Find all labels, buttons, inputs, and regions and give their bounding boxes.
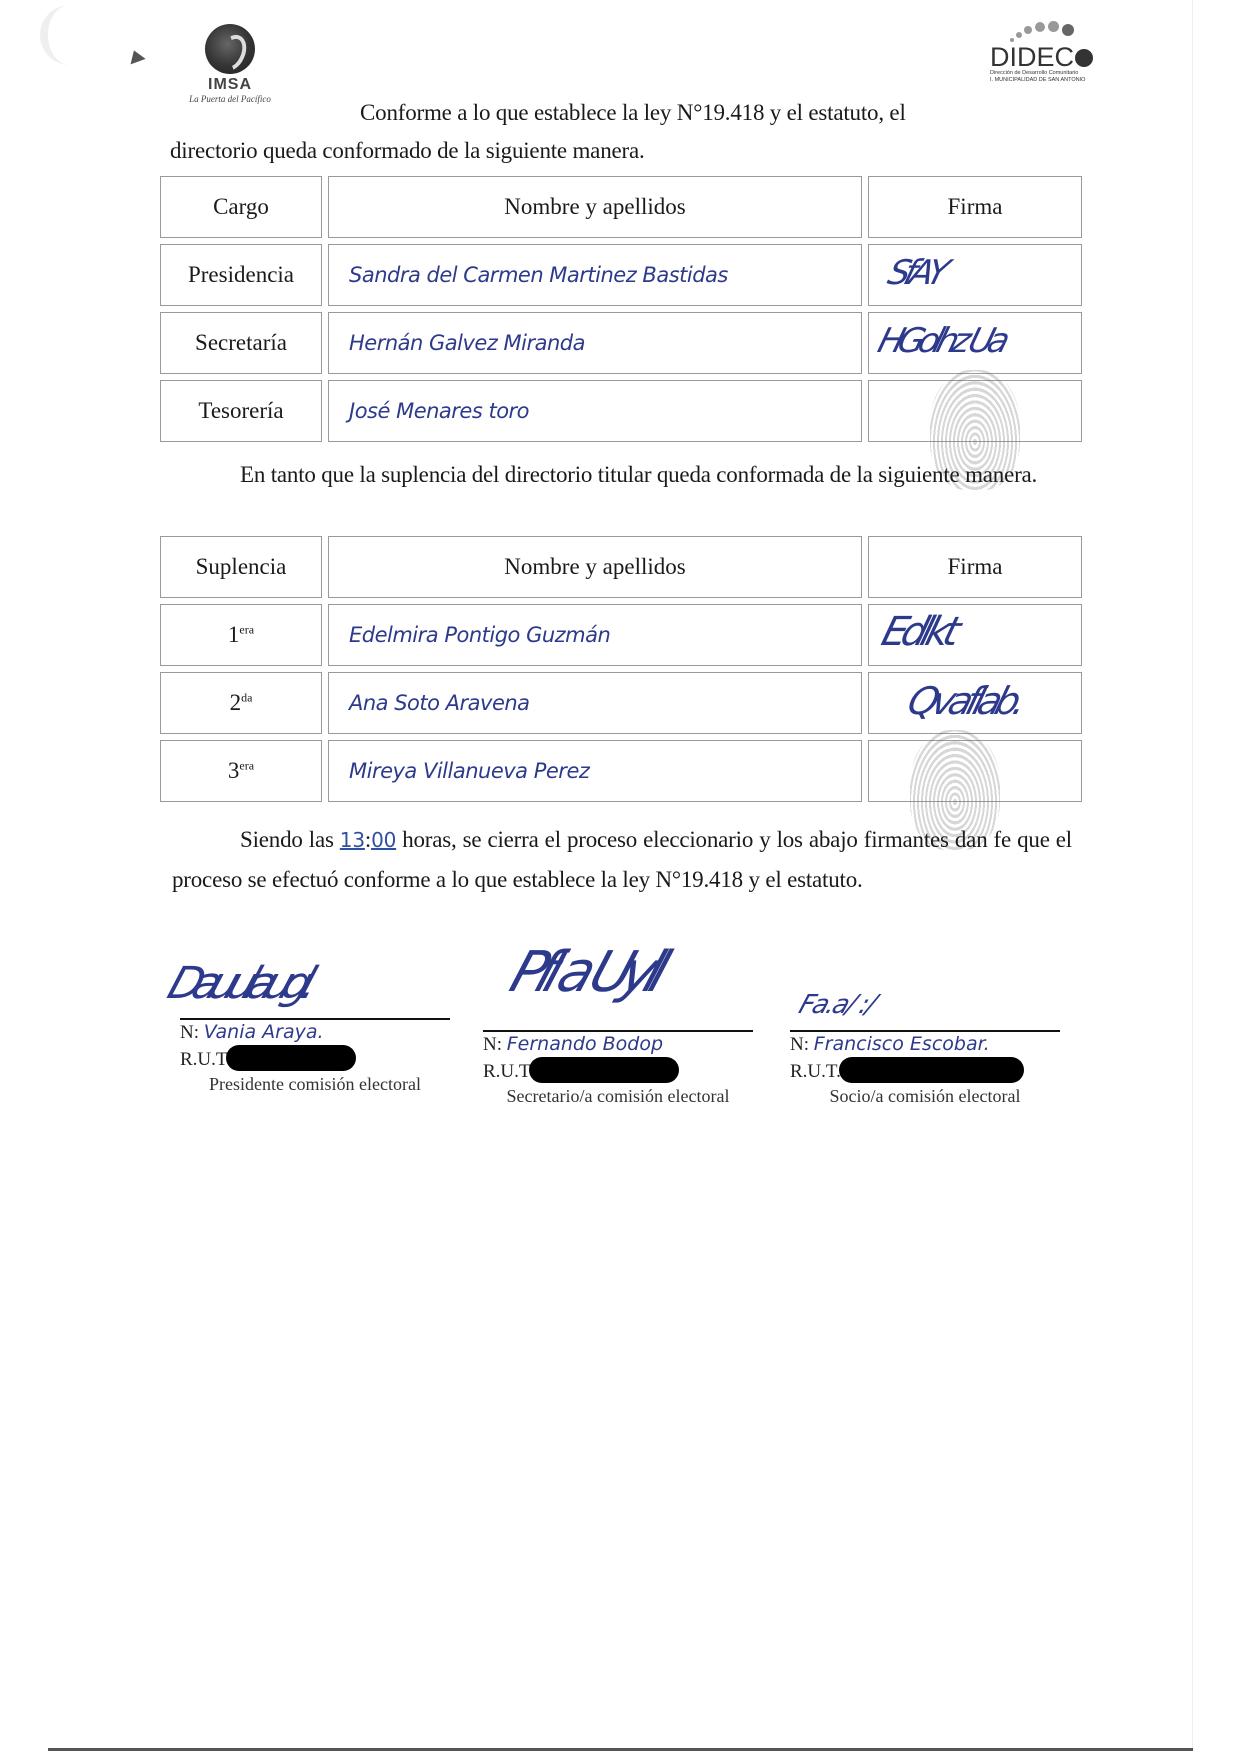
nombre-cell: Sandra del Carmen Martinez Bastidas xyxy=(328,244,862,306)
header-nombre: Nombre y apellidos xyxy=(328,536,862,598)
suplencia-intro: En tanto que la suplencia del directorio… xyxy=(170,455,1070,495)
closing-hour: 13 xyxy=(340,828,365,852)
cargo-cell: Secretaría xyxy=(160,312,322,374)
dideco-subtitle-2: I. MUNICIPALIDAD DE SAN ANTONIO xyxy=(990,77,1110,84)
closing-minutes: 00 xyxy=(371,828,396,852)
signature-icon: Edlkt xyxy=(877,609,960,655)
signer-presidente: Dauulaugl. N: Vania Araya. R.U.T Preside… xyxy=(180,1018,450,1096)
imsa-logo-name: IMSA xyxy=(170,76,290,94)
signer-name: Francisco Escobar. xyxy=(814,1033,990,1055)
signer-socio: Fa.a/ :/ N: Francisco Escobar. R.U.T. So… xyxy=(790,1030,1060,1108)
header-firma: Firma xyxy=(868,536,1082,598)
signature-icon: Qvaflab. xyxy=(903,679,1026,723)
ordinal-cell: 2da xyxy=(160,672,322,734)
signer-name: Fernando Bodop xyxy=(507,1033,663,1055)
header-cargo: Cargo xyxy=(160,176,322,238)
signature-icon: HGolhz Ua xyxy=(874,321,1009,361)
imsa-logo: IMSA La Puerta del Pacífico xyxy=(170,20,290,115)
header-suplencia: Suplencia xyxy=(160,536,322,598)
table-row: 2da Ana Soto Aravena Qvaflab. xyxy=(160,672,1082,734)
dideco-logo: DIDEC Dirección de Desarrollo Comunitari… xyxy=(990,18,1110,84)
ordinal-cell: 1era xyxy=(160,604,322,666)
page-edge-bottom xyxy=(48,1748,1193,1751)
signer-secretario: Pfl a Uyll N: Fernando Bodop R.U.T Secre… xyxy=(483,1030,753,1108)
nombre-cell: Edelmira Pontigo Guzmán xyxy=(328,604,862,666)
paper-corner-fold xyxy=(40,5,88,65)
signature-icon: Fa.a/ :/ xyxy=(795,990,878,1020)
header-firma: Firma xyxy=(868,176,1082,238)
table-row: 1era Edelmira Pontigo Guzmán Edlkt xyxy=(160,604,1082,666)
table-header-row: Cargo Nombre y apellidos Firma xyxy=(160,176,1082,238)
ordinal-cell: 3era xyxy=(160,740,322,802)
intro-line-1: Conforme a lo que establece la ley N°19.… xyxy=(360,95,906,131)
redacted-rut xyxy=(839,1057,1024,1083)
cargo-cell: Presidencia xyxy=(160,244,322,306)
page-edge xyxy=(1192,0,1193,1750)
table-row: Presidencia Sandra del Carmen Martinez B… xyxy=(160,244,1082,306)
signature-icon: Dauulaugl. xyxy=(162,958,316,1009)
nombre-cell: Hernán Galvez Miranda xyxy=(328,312,862,374)
signer-role: Presidente comisión electoral xyxy=(180,1072,450,1096)
dideco-o-emblem-icon xyxy=(1075,49,1093,67)
table-row: Secretaría Hernán Galvez Miranda HGolhz … xyxy=(160,312,1082,374)
signer-role: Secretario/a comisión electoral xyxy=(483,1084,753,1108)
redacted-rut xyxy=(226,1045,356,1071)
dideco-dots-icon xyxy=(990,18,1110,44)
firma-cell: Qvaflab. xyxy=(868,672,1082,734)
table-header-row: Suplencia Nombre y apellidos Firma xyxy=(160,536,1082,598)
signer-role: Socio/a comisión electoral xyxy=(790,1084,1060,1108)
scan-artifact xyxy=(126,48,145,65)
imsa-emblem-icon xyxy=(205,24,255,74)
firma-cell: HGolhz Ua xyxy=(868,312,1082,374)
redacted-rut xyxy=(529,1057,679,1083)
closing-paragraph: Siendo las 13:00 horas, se cierra el pro… xyxy=(172,820,1072,900)
nombre-cell: Ana Soto Aravena xyxy=(328,672,862,734)
dideco-logo-name: DIDEC xyxy=(990,44,1110,70)
firma-cell: SfAY xyxy=(868,244,1082,306)
firma-cell: Edlkt xyxy=(868,604,1082,666)
signature-icon: SfAY xyxy=(884,253,948,293)
cargo-cell: Tesorería xyxy=(160,380,322,442)
signer-name: Vania Araya. xyxy=(204,1021,324,1043)
signature-icon: Pfl a Uyll xyxy=(502,940,667,1005)
intro-line-2: directorio queda conformado de la siguie… xyxy=(170,133,645,169)
nombre-cell: José Menares toro xyxy=(328,380,862,442)
nombre-cell: Mireya Villanueva Perez xyxy=(328,740,862,802)
dideco-subtitle-1: Dirección de Desarrollo Comunitario xyxy=(990,70,1110,77)
imsa-logo-tagline: La Puerta del Pacífico xyxy=(170,94,290,104)
header-nombre: Nombre y apellidos xyxy=(328,176,862,238)
